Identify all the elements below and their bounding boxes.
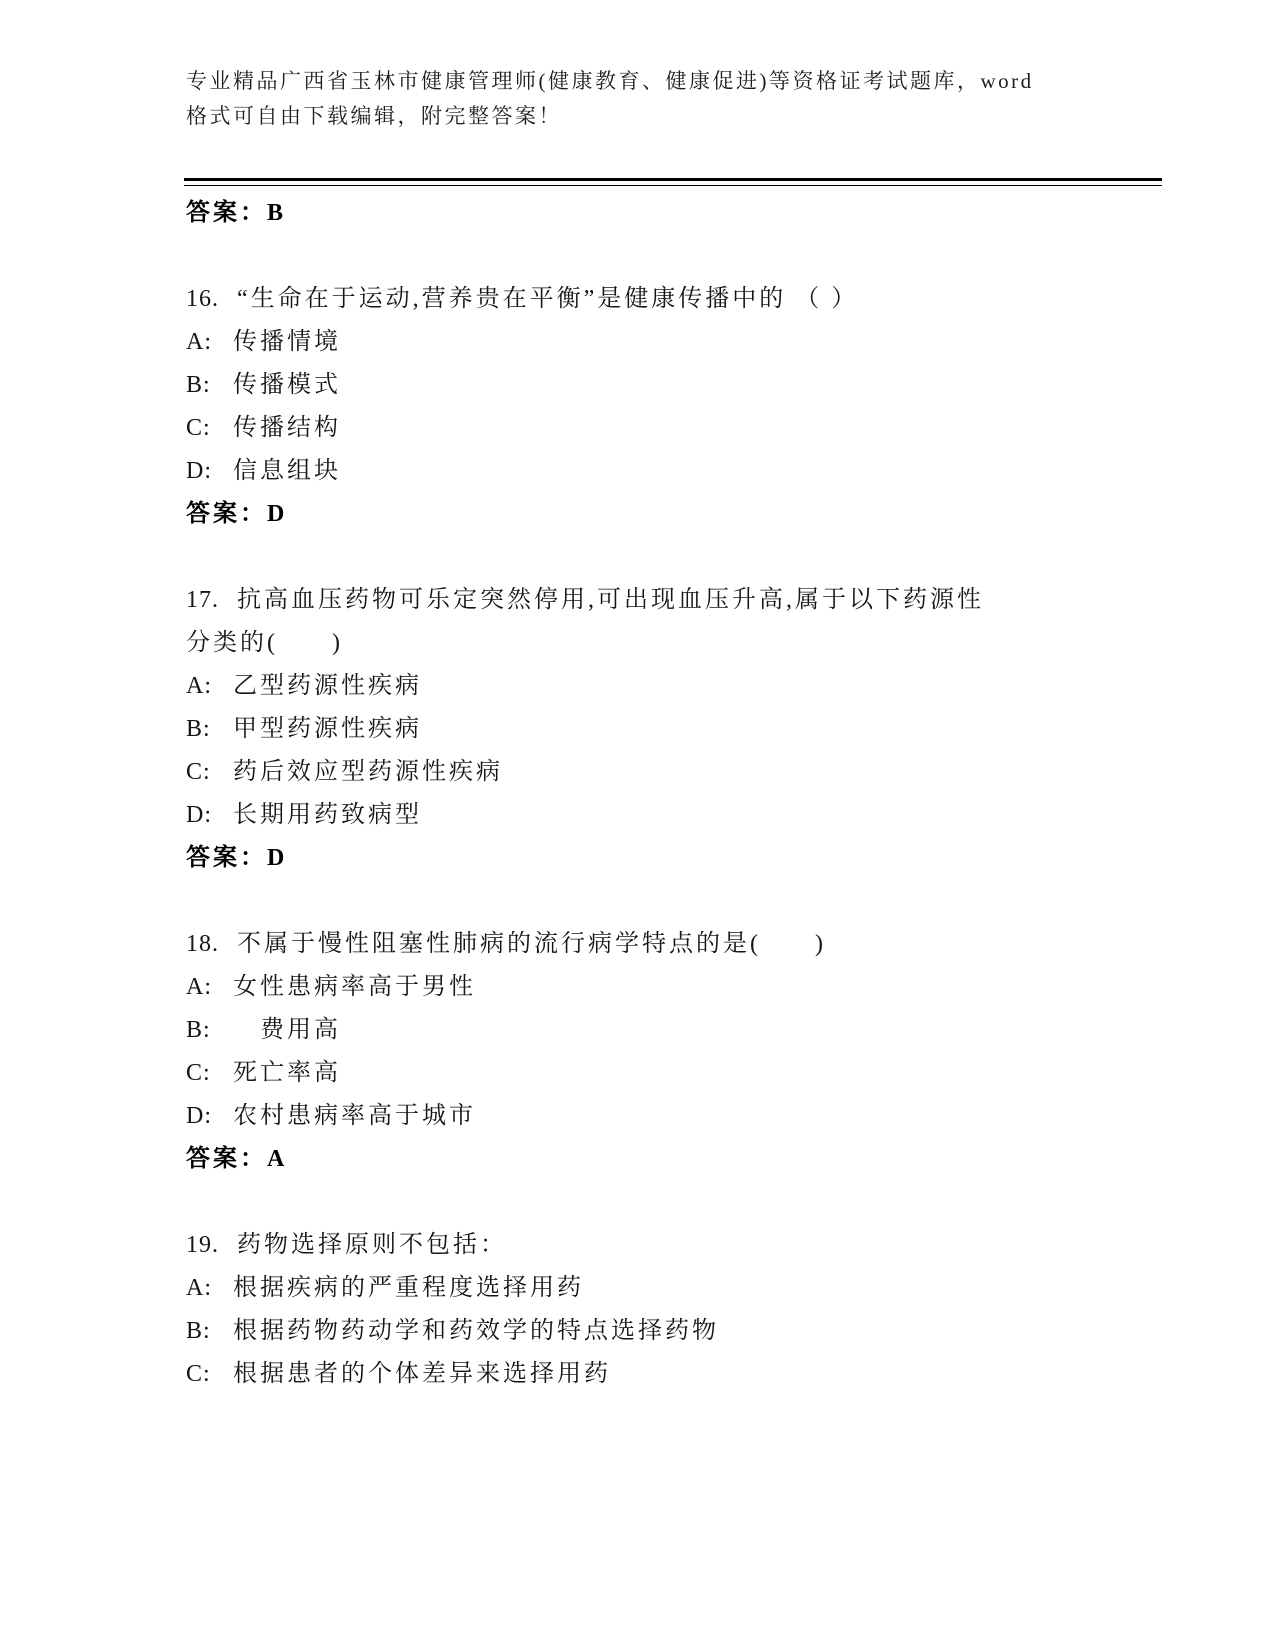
option-b: B:根据药物药动学和药效学的特点选择药物	[186, 1310, 1167, 1353]
question-title: 17.抗高血压药物可乐定突然停用,可出现血压升高,属于以下药源性	[186, 579, 1167, 622]
option-text: 死亡率高	[233, 1060, 341, 1086]
option-text: 乙型药源性疾病	[233, 673, 422, 699]
answer-line: 答案：D	[186, 493, 1167, 536]
question-number: 18.	[186, 923, 219, 966]
option-b: B:甲型药源性疾病	[186, 708, 1167, 751]
option-label: A:	[186, 1267, 233, 1310]
page-header: 专业精品广西省玉林市健康管理师(健康教育、健康促进)等资格证考试题库，word …	[186, 64, 1167, 134]
answer-line: 答案：A	[186, 1138, 1167, 1181]
option-d: D:农村患病率高于城市	[186, 1095, 1167, 1138]
question-title: 19.药物选择原则不包括：	[186, 1224, 1167, 1267]
question-text: 药物选择原则不包括：	[237, 1232, 507, 1258]
option-a: A:根据疾病的严重程度选择用药	[186, 1267, 1167, 1310]
option-label: B:	[186, 364, 233, 407]
option-label: A:	[186, 321, 233, 364]
option-text: 女性患病率高于男性	[233, 974, 476, 1000]
option-label: C:	[186, 1353, 233, 1396]
option-c: C:药后效应型药源性疾病	[186, 751, 1167, 794]
option-label: C:	[186, 407, 233, 450]
option-text: 农村患病率高于城市	[233, 1103, 476, 1129]
answer-label: 答案：	[186, 845, 267, 871]
option-text: 根据药物药动学和药效学的特点选择药物	[233, 1318, 719, 1344]
option-b: B: 费用高	[186, 1009, 1167, 1052]
option-d: D:长期用药致病型	[186, 794, 1167, 837]
option-a: A:女性患病率高于男性	[186, 966, 1167, 1009]
question-16: 16.“生命在于运动,营养贵在平衡”是健康传播中的 （ ） A:传播情境 B:传…	[186, 278, 1167, 536]
answer-value: D	[267, 845, 287, 871]
answer-label: 答案：	[186, 200, 267, 226]
question-number: 16.	[186, 278, 219, 321]
question-18: 18.不属于慢性阻塞性肺病的流行病学特点的是( ) A:女性患病率高于男性 B:…	[186, 923, 1167, 1181]
option-text: 根据患者的个体差异来选择用药	[233, 1361, 611, 1387]
option-c: C:传播结构	[186, 407, 1167, 450]
option-label: A:	[186, 966, 233, 1009]
option-a: A:乙型药源性疾病	[186, 665, 1167, 708]
header-double-rule	[184, 178, 1162, 186]
question-text: 抗高血压药物可乐定突然停用,可出现血压升高,属于以下药源性	[237, 587, 984, 613]
option-b: B:传播模式	[186, 364, 1167, 407]
question-19: 19.药物选择原则不包括： A:根据疾病的严重程度选择用药 B:根据药物药动学和…	[186, 1224, 1167, 1396]
option-text: 根据疾病的严重程度选择用药	[233, 1275, 584, 1301]
option-text: 传播结构	[233, 415, 341, 441]
question-17: 17.抗高血压药物可乐定突然停用,可出现血压升高,属于以下药源性 分类的( ) …	[186, 579, 1167, 880]
answer-label: 答案：	[186, 1146, 267, 1172]
option-label: B:	[186, 1310, 233, 1353]
question-title-continued: 分类的( )	[186, 622, 1167, 665]
question-text: 分类的( )	[186, 630, 343, 656]
answer-value: D	[267, 501, 287, 527]
option-text: 传播情境	[233, 329, 341, 355]
option-label: B:	[186, 1009, 233, 1052]
option-c: C:根据患者的个体差异来选择用药	[186, 1353, 1167, 1396]
header-text-line-1: 专业精品广西省玉林市健康管理师(健康教育、健康促进)等资格证考试题库，word	[186, 64, 1167, 99]
answer-value: A	[267, 1146, 287, 1172]
question-title: 16.“生命在于运动,营养贵在平衡”是健康传播中的 （ ）	[186, 278, 1167, 321]
answer-line: 答案：D	[186, 837, 1167, 880]
option-text: 费用高	[233, 1017, 341, 1043]
option-label: D:	[186, 450, 233, 493]
question-text: 不属于慢性阻塞性肺病的流行病学特点的是( )	[237, 931, 826, 957]
document-page: 专业精品广西省玉林市健康管理师(健康教育、健康促进)等资格证考试题库，word …	[0, 0, 1275, 1650]
option-label: C:	[186, 751, 233, 794]
option-label: D:	[186, 794, 233, 837]
option-d: D:信息组块	[186, 450, 1167, 493]
option-label: B:	[186, 708, 233, 751]
question-number: 19.	[186, 1224, 219, 1267]
option-text: 长期用药致病型	[233, 802, 422, 828]
option-a: A:传播情境	[186, 321, 1167, 364]
header-text-line-2: 格式可自由下载编辑，附完整答案！	[186, 99, 1167, 134]
option-label: D:	[186, 1095, 233, 1138]
option-label: C:	[186, 1052, 233, 1095]
option-text: 传播模式	[233, 372, 341, 398]
option-text: 药后效应型药源性疾病	[233, 759, 503, 785]
previous-question-answer: 答案：B	[186, 192, 1167, 235]
option-text: 信息组块	[233, 458, 341, 484]
option-label: A:	[186, 665, 233, 708]
question-text: “生命在于运动,营养贵在平衡”是健康传播中的 （ ）	[237, 286, 858, 312]
option-c: C:死亡率高	[186, 1052, 1167, 1095]
question-number: 17.	[186, 579, 219, 622]
option-text: 甲型药源性疾病	[233, 716, 422, 742]
question-title: 18.不属于慢性阻塞性肺病的流行病学特点的是( )	[186, 923, 1167, 966]
answer-value: B	[267, 200, 286, 226]
answer-label: 答案：	[186, 501, 267, 527]
